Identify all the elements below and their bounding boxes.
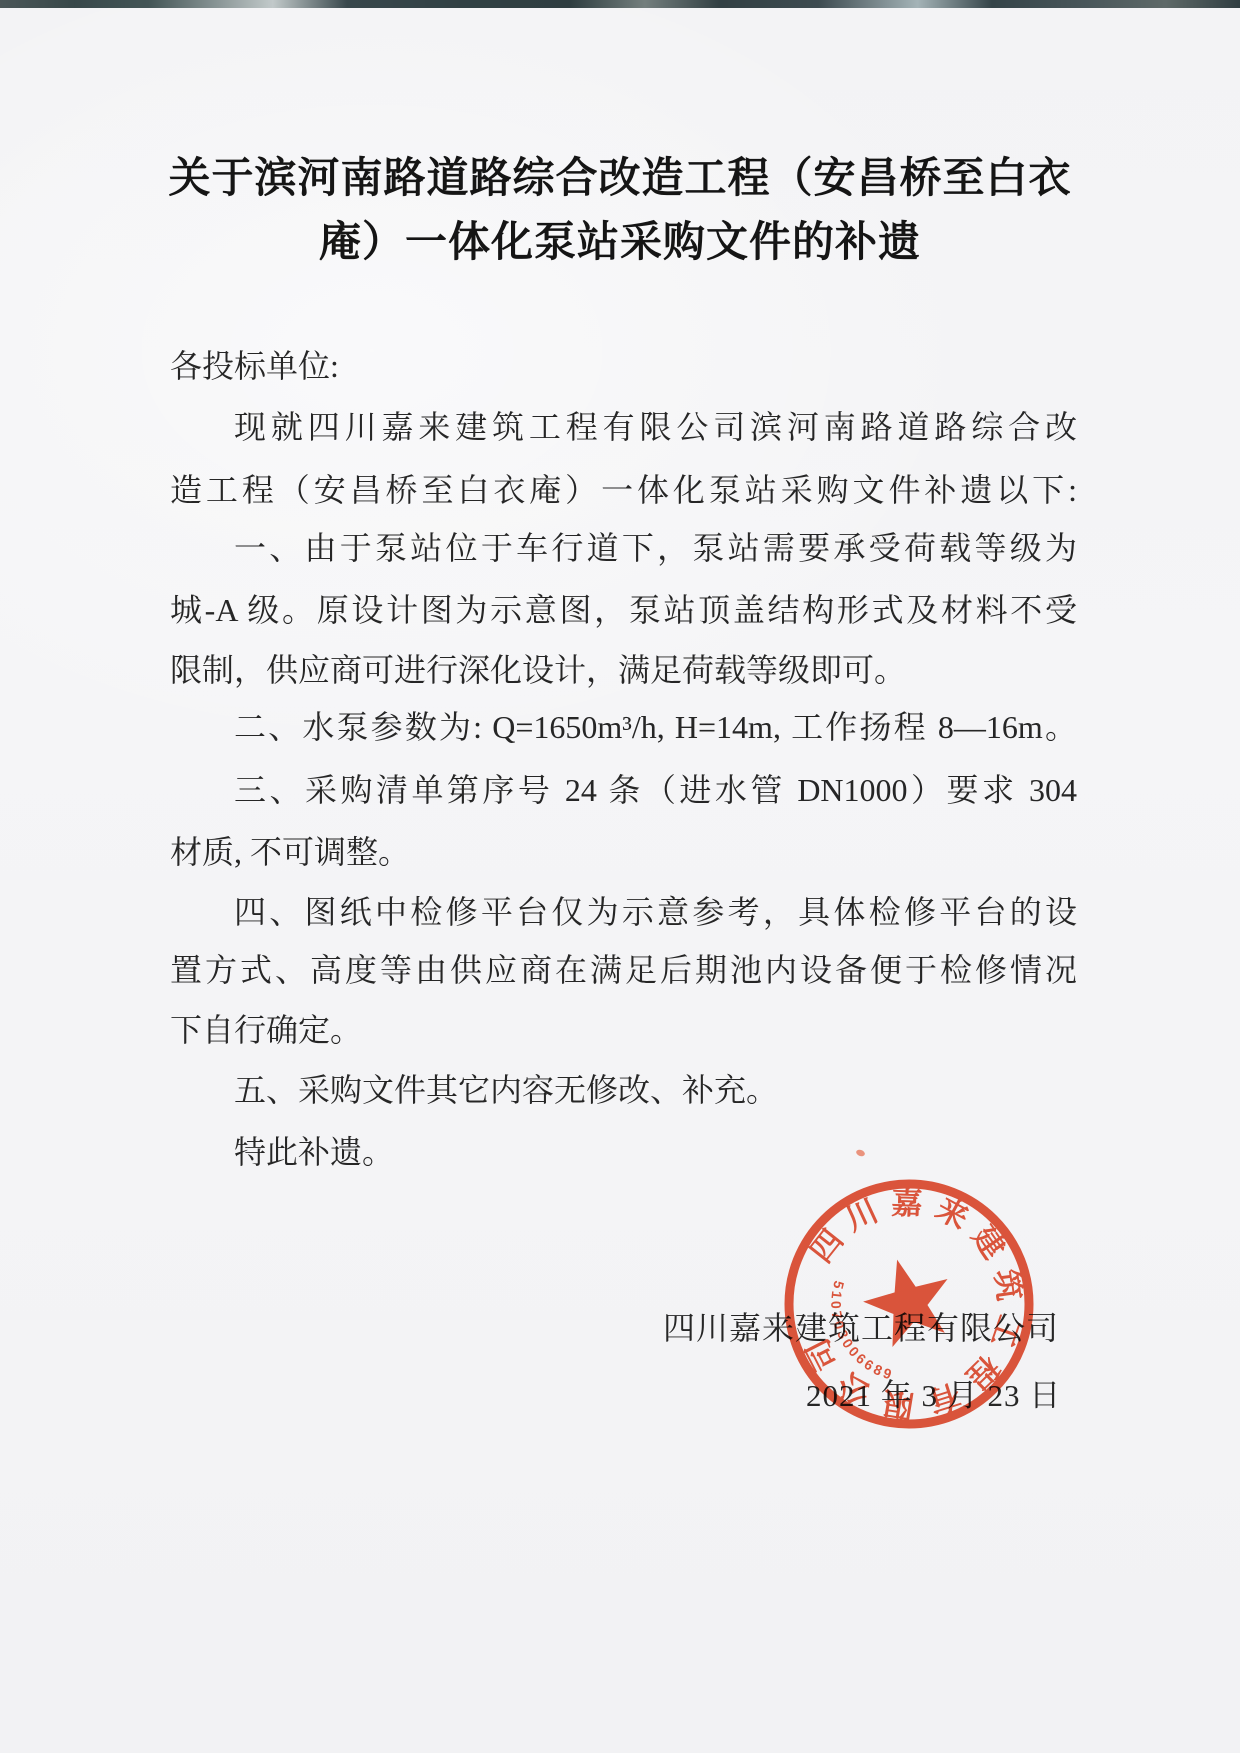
body-line: 三、采购清单第序号 24 条（进水管 DN1000）要求 304 <box>170 768 1077 812</box>
document-title: 关于滨河南路道路综合改造工程（安昌桥至白衣 庵）一体化泵站采购文件的补遗 <box>70 146 1170 274</box>
seal-star-icon <box>855 1248 961 1351</box>
body-line: 造工程（安昌桥至白衣庵）一体化泵站采购文件补遗以下: <box>170 468 1077 512</box>
body-line: 一、由于泵站位于车行道下，泵站需要承受荷载等级为 <box>170 526 1077 570</box>
title-line-1: 关于滨河南路道路综合改造工程（安昌桥至白衣 <box>70 146 1170 210</box>
company-seal-stamp: 四川嘉来建筑工程有限公司 510703006689 <box>769 1164 1049 1444</box>
scanned-document-page: 关于滨河南路道路综合改造工程（安昌桥至白衣 庵）一体化泵站采购文件的补遗 各投标… <box>0 0 1240 1753</box>
body-line: 五、采购文件其它内容无修改、补充。 <box>170 1068 1077 1112</box>
body-line: 现就四川嘉来建筑工程有限公司滨河南路道路综合改 <box>170 405 1077 449</box>
body-line: 材质, 不可调整。 <box>170 830 1077 874</box>
body-line: 四、图纸中检修平台仅为示意参考，具体检修平台的设 <box>170 890 1077 934</box>
title-line-2: 庵）一体化泵站采购文件的补遗 <box>70 210 1170 274</box>
body-line: 城-A 级。原设计图为示意图，泵站顶盖结构形式及材料不受 <box>170 588 1077 632</box>
body-line: 限制，供应商可进行深化设计，满足荷载等级即可。 <box>170 648 1077 692</box>
body-line: 下自行确定。 <box>170 1008 1077 1052</box>
body-line: 二、水泵参数为: Q=1650m³/h, H=14m, 工作扬程 8—16m。 <box>170 705 1077 749</box>
salutation: 各投标单位: <box>170 344 1077 388</box>
body-line: 置方式、高度等由供应商在满足后期池内设备便于检修情况 <box>170 948 1077 992</box>
scan-edge-artifact <box>0 0 1240 8</box>
